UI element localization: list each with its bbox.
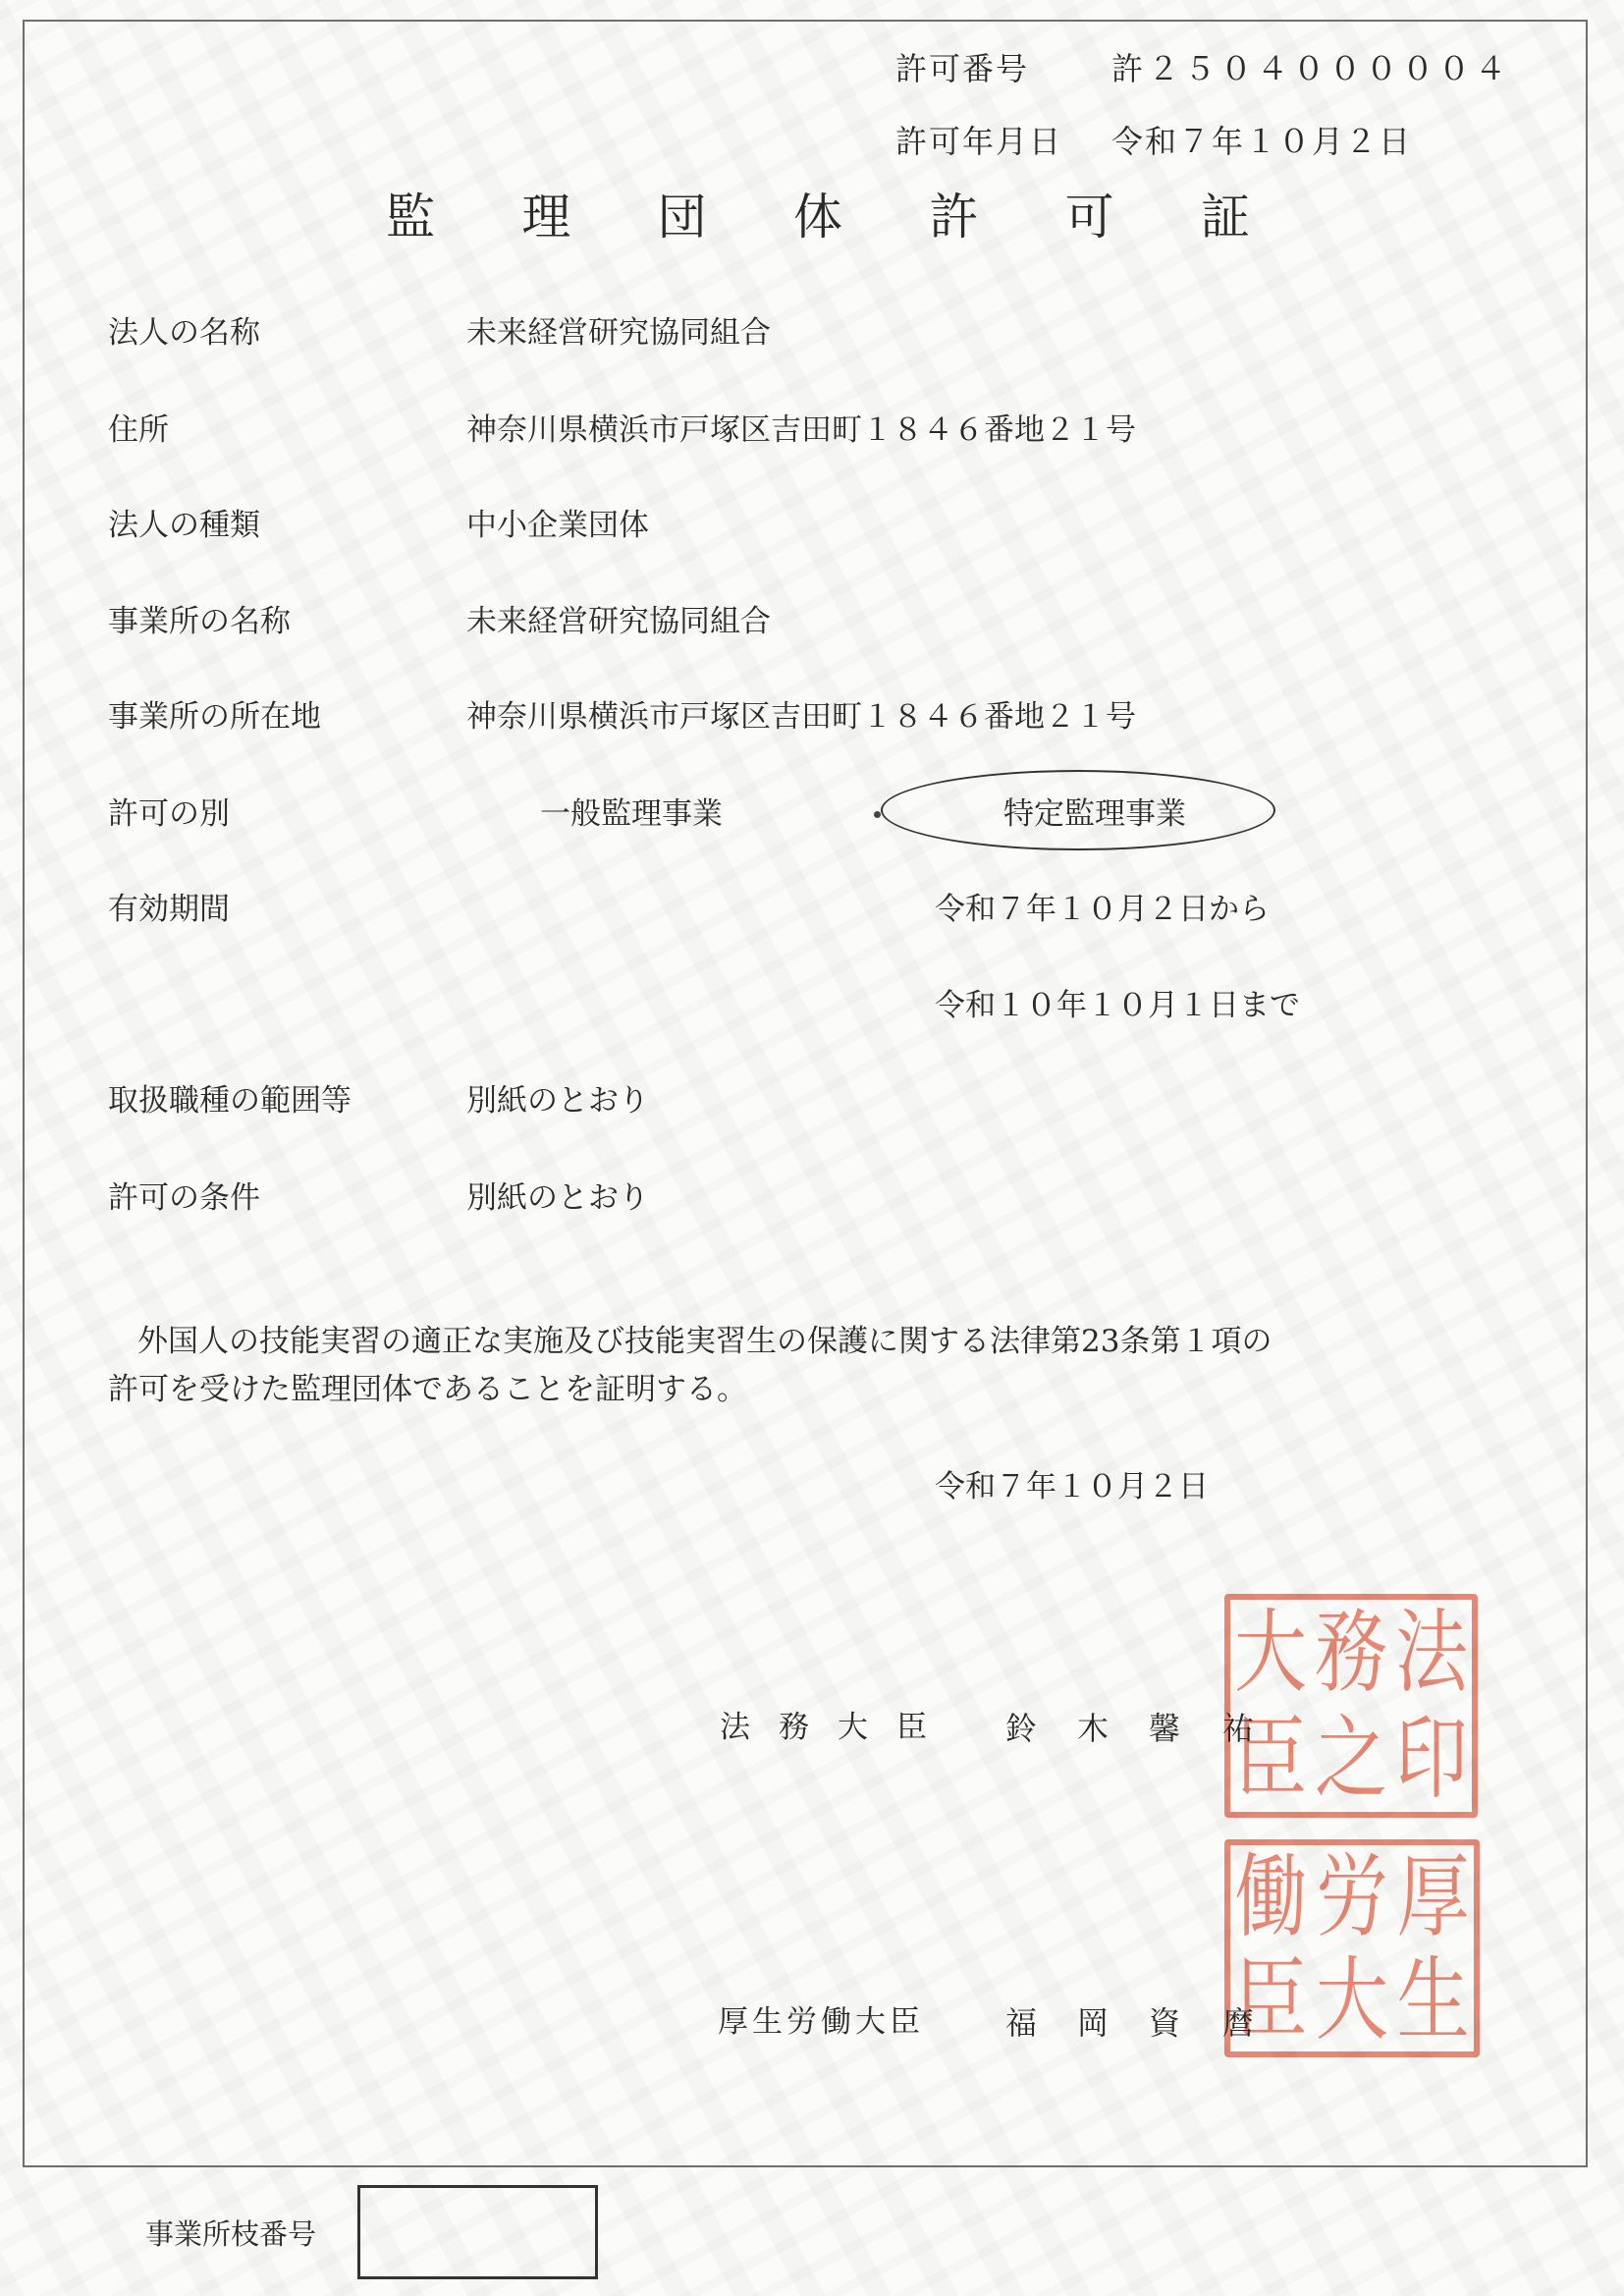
signatory-title-health: 厚生労働大臣 — [718, 2007, 924, 2038]
signatory-name-char: 麿 — [1222, 2007, 1254, 2039]
permit-date-label: 許可年月日 — [895, 126, 1062, 157]
title-char: 許 — [929, 192, 978, 244]
certificate-title: 監 理 団 体 許 可 証 — [386, 192, 1250, 244]
scope-label: 取扱職種の範囲等 — [108, 1086, 352, 1117]
permit-type-label: 許可の別 — [108, 799, 230, 830]
minister-of-justice-seal: 大務法 臣之印 — [1224, 1594, 1478, 1818]
conditions-label: 許可の条件 — [108, 1183, 260, 1214]
title-char: 可 — [1065, 192, 1114, 244]
corporation-type-label: 法人の種類 — [108, 511, 260, 541]
signatory-name-char: 福 — [1005, 2007, 1037, 2039]
permit-type-specific: 特定監理事業 — [1003, 799, 1186, 830]
title-char: 体 — [793, 192, 842, 244]
office-name-label: 事業所の名称 — [108, 607, 291, 637]
office-location-label: 事業所の所在地 — [108, 702, 321, 733]
conditions-value: 別紙のとおり — [466, 1183, 649, 1214]
signatory-title-justice: 法務大臣 — [720, 1713, 955, 1743]
validity-period-label: 有効期間 — [108, 895, 230, 925]
validity-to: 令和１０年１０月１日まで — [935, 991, 1300, 1021]
permit-type-general: 一般監理事業 — [540, 799, 723, 830]
signatory-name-char: 木 — [1077, 1713, 1109, 1744]
office-location-value: 神奈川県横浜市戸塚区吉田町１８４６番地２１号 — [466, 702, 1136, 733]
signatory-name-char: 岡 — [1077, 2007, 1109, 2039]
scope-value: 別紙のとおり — [466, 1086, 649, 1117]
validity-from: 令和７年１０月２日から — [935, 895, 1270, 925]
separator-dot — [874, 811, 881, 818]
permit-number-value: 許２５０４０００００４ — [1111, 53, 1511, 84]
address-label: 住所 — [108, 415, 169, 446]
signatory-name-char: 馨 — [1149, 1713, 1180, 1744]
certification-text-line1: 外国人の技能実習の適正な実施及び技能実習生の保護に関する法律第23条第１項の — [137, 1327, 1272, 1357]
title-char: 理 — [521, 192, 570, 244]
signatory-name-char: 祐 — [1222, 1713, 1254, 1744]
signatory-name-char: 鈴 — [1005, 1713, 1037, 1744]
title-char: 監 — [386, 192, 435, 244]
permit-date-value: 令和７年１０月２日 — [1111, 126, 1412, 157]
certification-text-line2: 許可を受けた監理団体であることを証明する。 — [108, 1375, 747, 1405]
issue-date: 令和７年１０月２日 — [935, 1472, 1209, 1503]
minister-of-health-seal: 働労厚 臣大生 — [1224, 1839, 1480, 2057]
address-value: 神奈川県横浜市戸塚区吉田町１８４６番地２１号 — [466, 415, 1136, 446]
corporation-name-label: 法人の名称 — [108, 318, 260, 349]
branch-number-label: 事業所枝番号 — [145, 2220, 316, 2249]
title-char: 団 — [658, 192, 707, 244]
title-char: 証 — [1201, 192, 1250, 244]
corporation-name-value: 未来経営研究協同組合 — [466, 318, 771, 349]
permit-number-label: 許可番号 — [895, 53, 1029, 84]
branch-number-box — [357, 2185, 598, 2279]
signatory-name-char: 資 — [1149, 2007, 1180, 2039]
office-name-value: 未来経営研究協同組合 — [466, 607, 771, 637]
corporation-type-value: 中小企業団体 — [466, 511, 649, 541]
